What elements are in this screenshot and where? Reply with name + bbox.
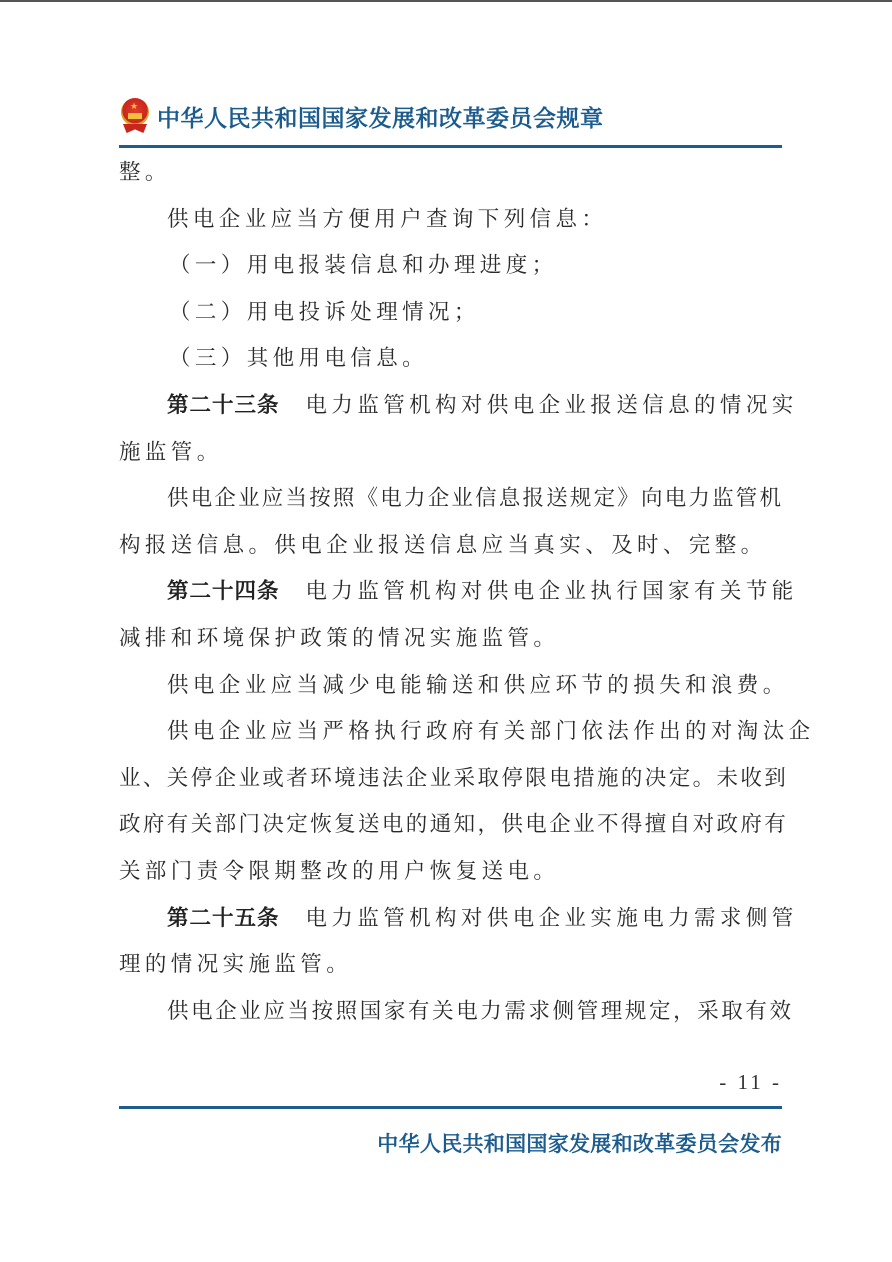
footer-publisher: 中华人民共和国国家发展和改革委员会发布 xyxy=(377,1128,782,1158)
document-header: ★ 中华人民共和国国家发展和改革委员会规章 xyxy=(119,96,782,136)
national-emblem-icon: ★ xyxy=(119,98,151,134)
list-item: （一）用电报装信息和办理进度； xyxy=(119,243,782,290)
list-item: （二）用电投诉处理情况； xyxy=(119,290,782,337)
article-24-heading-line: 第二十四条电力监管机构对供电企业执行国家有关节能 xyxy=(119,569,782,616)
text-line: 关部门责令限期整改的用户恢复送电。 xyxy=(119,849,782,896)
header-title: 中华人民共和国国家发展和改革委员会规章 xyxy=(157,100,604,133)
text-line: 理的情况实施监管。 xyxy=(119,942,782,989)
paragraph-line: 供电企业应当严格执行政府有关部门依法作出的对淘汰企 xyxy=(119,709,782,756)
paragraph-line: 供电企业应当减少电能输送和供应环节的损失和浪费。 xyxy=(119,663,782,710)
page-top-edge xyxy=(0,0,892,2)
text-line: 构报送信息。供电企业报送信息应当真实、及时、完整。 xyxy=(119,523,782,570)
paragraph-line: 供电企业应当方便用户查询下列信息： xyxy=(119,197,782,244)
list-item: （三）其他用电信息。 xyxy=(119,336,782,383)
footer-divider xyxy=(119,1106,782,1109)
article-number: 第二十三条 xyxy=(167,393,280,418)
text-line: 施监管。 xyxy=(119,430,782,477)
article-number: 第二十五条 xyxy=(167,906,280,931)
document-body: 整。 供电企业应当方便用户查询下列信息： （一）用电报装信息和办理进度； （二）… xyxy=(119,150,782,1035)
text-line: 政府有关部门决定恢复送电的通知，供电企业不得擅自对政府有 xyxy=(119,802,782,849)
text-line: 整。 xyxy=(119,150,782,197)
paragraph-line: 供电企业应当按照国家有关电力需求侧管理规定，采取有效 xyxy=(119,989,782,1036)
page-number: - 11 - xyxy=(719,1070,782,1095)
header-divider xyxy=(119,145,782,148)
paragraph-line: 供电企业应当按照《电力企业信息报送规定》向电力监管机 xyxy=(119,476,782,523)
text-line: 减排和环境保护政策的情况实施监管。 xyxy=(119,616,782,663)
article-25-heading-line: 第二十五条电力监管机构对供电企业实施电力需求侧管 xyxy=(119,896,782,943)
article-23-heading-line: 第二十三条电力监管机构对供电企业报送信息的情况实 xyxy=(119,383,782,430)
article-number: 第二十四条 xyxy=(167,579,280,604)
text-line: 业、关停企业或者环境违法企业采取停限电措施的决定。未收到 xyxy=(119,756,782,803)
